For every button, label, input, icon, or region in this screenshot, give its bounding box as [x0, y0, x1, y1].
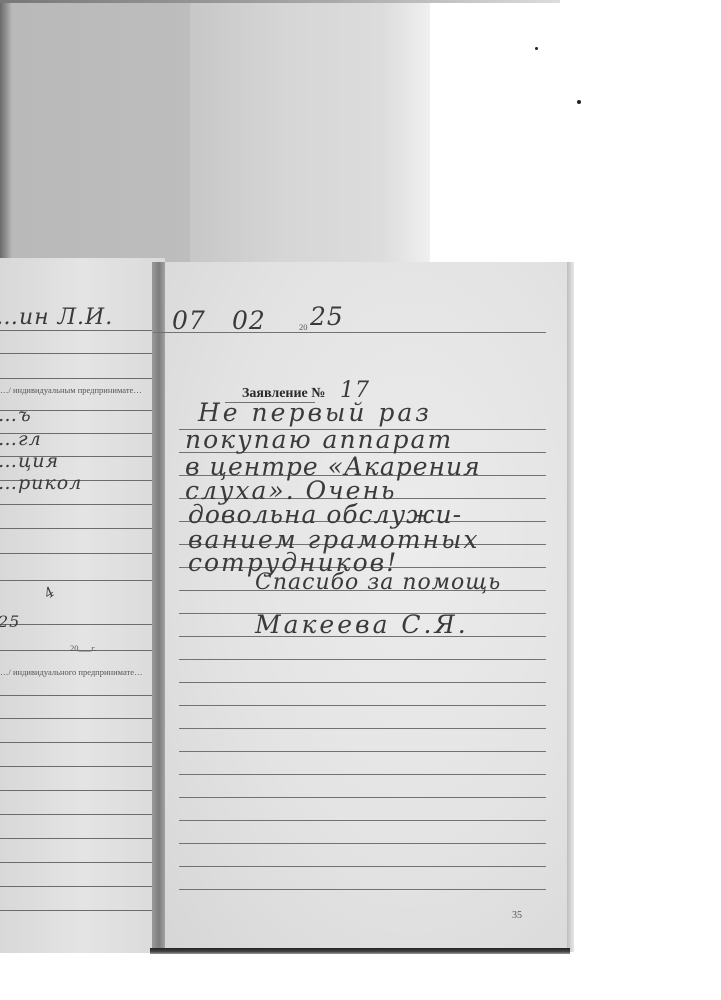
ruled-line [0, 910, 160, 911]
page-bottom-edge [150, 948, 570, 954]
right-page [165, 262, 573, 952]
ruled-line [0, 695, 160, 696]
signature: Макеева С.Я. [255, 610, 469, 639]
ruled-line [153, 332, 546, 333]
left-handwriting-fragment: …ция [0, 450, 59, 472]
left-handwriting-fragment: …рикол [0, 472, 82, 494]
ruled-line [179, 728, 546, 729]
body-line: Не первый раз [198, 398, 432, 427]
date-month: 02 [232, 306, 266, 335]
ruled-line [0, 862, 160, 863]
ruled-line [179, 866, 546, 867]
ruled-line [0, 378, 160, 379]
ruled-line [179, 843, 546, 844]
ruled-line [179, 682, 546, 683]
dust-speck [535, 47, 538, 50]
left-handwriting-fragment: …ъ [0, 404, 32, 426]
date-year-prefix: 20 [299, 322, 308, 332]
ruled-line [0, 766, 160, 767]
left-handwriting-fragment: …гл [0, 428, 42, 450]
body-line: покупаю аппарат [185, 425, 453, 454]
ruled-line [0, 742, 160, 743]
ruled-line [0, 528, 160, 529]
ruled-line [179, 797, 546, 798]
ruled-line [0, 624, 160, 625]
ruled-line [0, 504, 160, 505]
ruled-line [0, 790, 160, 791]
page-number: 35 [512, 910, 522, 921]
right-page-edge [567, 262, 574, 952]
ruled-line [179, 820, 546, 821]
ruled-line [179, 889, 546, 890]
scan-top-edge [0, 0, 560, 3]
left-stamp-fragment: 25 [0, 612, 20, 631]
left-printed-label-2: …/ индивидуального предпринимате… [0, 667, 143, 677]
scanner-background-shadow [0, 0, 200, 262]
left-page [0, 258, 165, 953]
left-date-placeholder: 20___г. [70, 643, 96, 653]
ruled-line [0, 718, 160, 719]
date-year-suffix: 25 [310, 302, 344, 331]
ruled-line [179, 705, 546, 706]
ruled-line [0, 330, 160, 331]
ruled-line [0, 838, 160, 839]
ruled-line [0, 814, 160, 815]
ruled-line [0, 580, 160, 581]
body-line: Спасибо за помощь [255, 570, 501, 595]
dust-speck [577, 100, 581, 104]
book-spine [152, 262, 166, 952]
date-day: 07 [172, 306, 206, 335]
ruled-line [179, 774, 546, 775]
ruled-line [179, 751, 546, 752]
left-header-handwriting: …ин Л.И. [0, 305, 113, 330]
ruled-line [179, 659, 546, 660]
scanner-background-mid [190, 0, 430, 262]
left-printed-label-1: …/ индивидуальным предпринимате… [0, 385, 142, 395]
ruled-line [0, 353, 160, 354]
ruled-line [0, 553, 160, 554]
ruled-line [0, 886, 160, 887]
